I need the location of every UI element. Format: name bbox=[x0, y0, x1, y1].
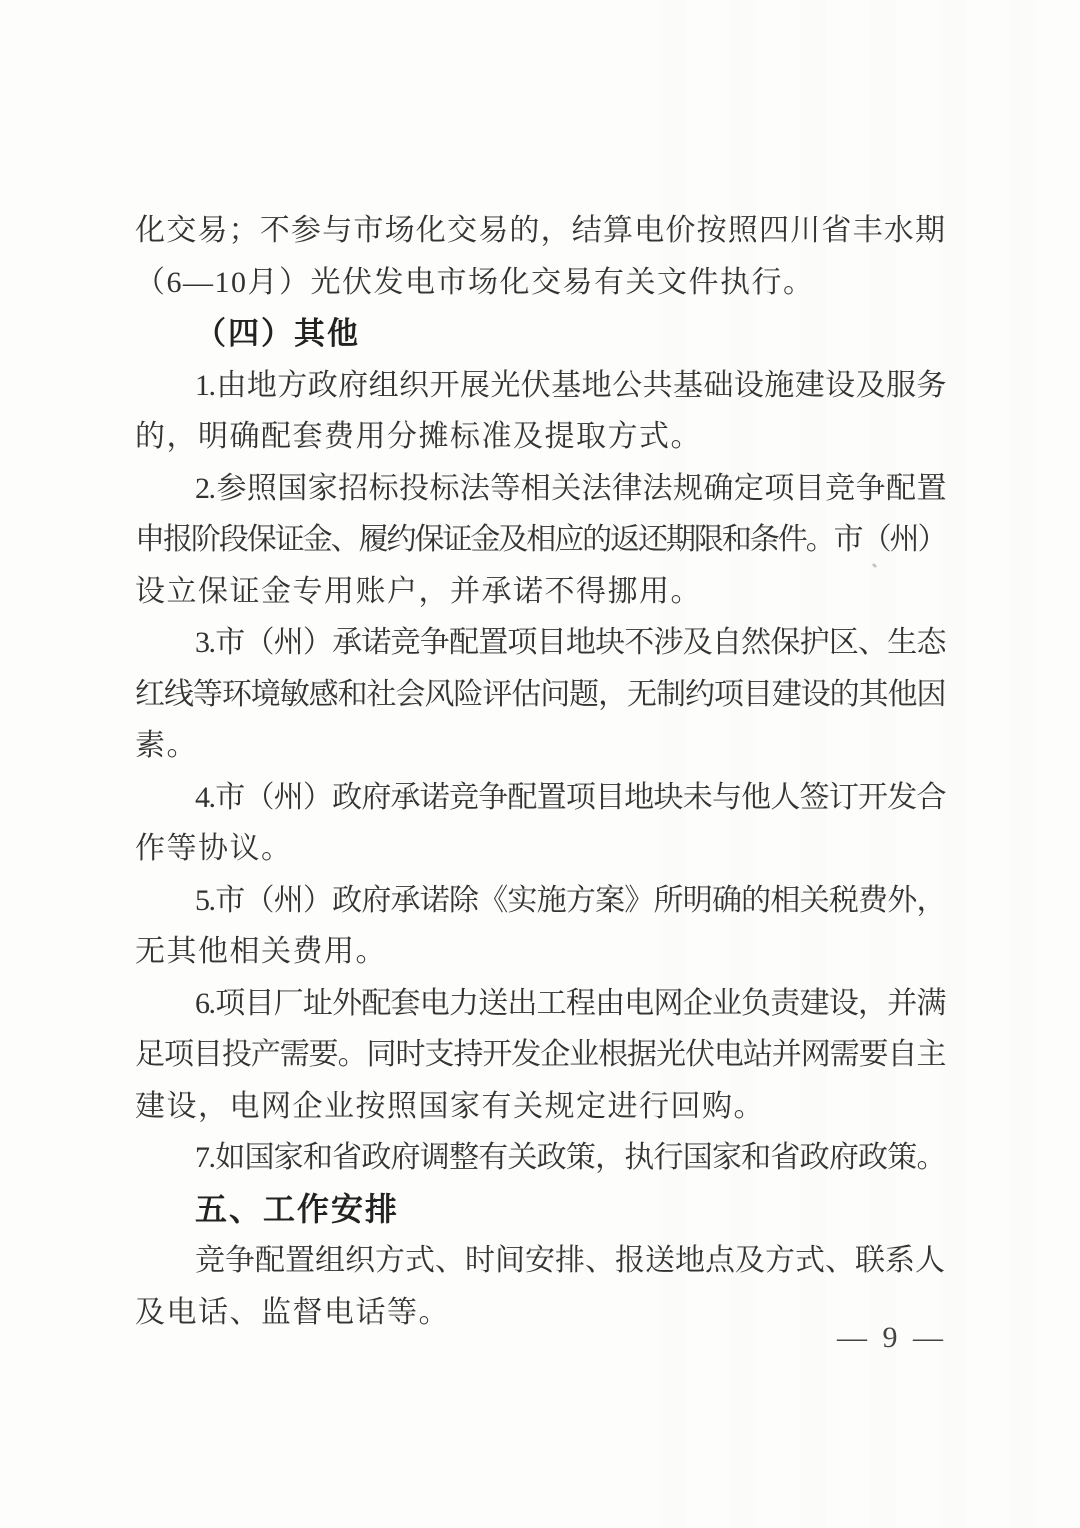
text-line: 4.市（州）政府承诺竞争配置项目地块未与他人签订开发合 bbox=[135, 772, 945, 824]
text-line: 5.市（州）政府承诺除《实施方案》所明确的相关税费外， bbox=[135, 875, 945, 927]
text-line: 化交易；不参与市场化交易的，结算电价按照四川省丰水期 bbox=[135, 205, 945, 257]
text-line: 的，明确配套费用分摊标准及提取方式。 bbox=[135, 411, 945, 463]
text-line: 素。 bbox=[135, 720, 945, 772]
document-page: 化交易；不参与市场化交易的，结算电价按照四川省丰水期 （6—10月）光伏发电市场… bbox=[0, 0, 1080, 1528]
section-heading-si-other: （四）其他 bbox=[135, 308, 945, 360]
text-line: 足项目投产需要。同时支持开发企业根据光伏电站并网需要自主 bbox=[135, 1029, 945, 1081]
text-line: 竞争配置组织方式、时间安排、报送地点及方式、联系人 bbox=[135, 1235, 945, 1287]
text-line: 3.市（州）承诺竞争配置项目地块不涉及自然保护区、生态 bbox=[135, 617, 945, 669]
text-line: （6—10月）光伏发电市场化交易有关文件执行。 bbox=[135, 257, 945, 309]
section-heading-wu-work-arrangement: 五、工作安排 bbox=[135, 1184, 945, 1236]
text-line: 6.项目厂址外配套电力送出工程由电网企业负责建设，并满 bbox=[135, 978, 945, 1030]
text-line: 作等协议。 bbox=[135, 823, 945, 875]
text-line: 设立保证金专用账户，并承诺不得挪用。 bbox=[135, 566, 945, 618]
text-line: 红线等环境敏感和社会风险评估问题，无制约项目建设的其他因 bbox=[135, 669, 945, 721]
text-line: 无其他相关费用。 bbox=[135, 926, 945, 978]
text-line: 申报阶段保证金、履约保证金及相应的返还期限和条件。市（州） bbox=[135, 514, 945, 566]
text-line: 1.由地方政府组织开展光伏基地公共基础设施建设及服务 bbox=[135, 360, 945, 412]
text-line: 及电话、监督电话等。 bbox=[135, 1287, 945, 1339]
document-text-block: 化交易；不参与市场化交易的，结算电价按照四川省丰水期 （6—10月）光伏发电市场… bbox=[135, 205, 945, 1338]
page-number: — 9 — bbox=[837, 1318, 947, 1358]
text-line: 2.参照国家招标投标法等相关法律法规确定项目竞争配置 bbox=[135, 463, 945, 515]
text-line: 7.如国家和省政府调整有关政策，执行国家和省政府政策。 bbox=[135, 1132, 945, 1184]
text-line: 建设，电网企业按照国家有关规定进行回购。 bbox=[135, 1081, 945, 1133]
